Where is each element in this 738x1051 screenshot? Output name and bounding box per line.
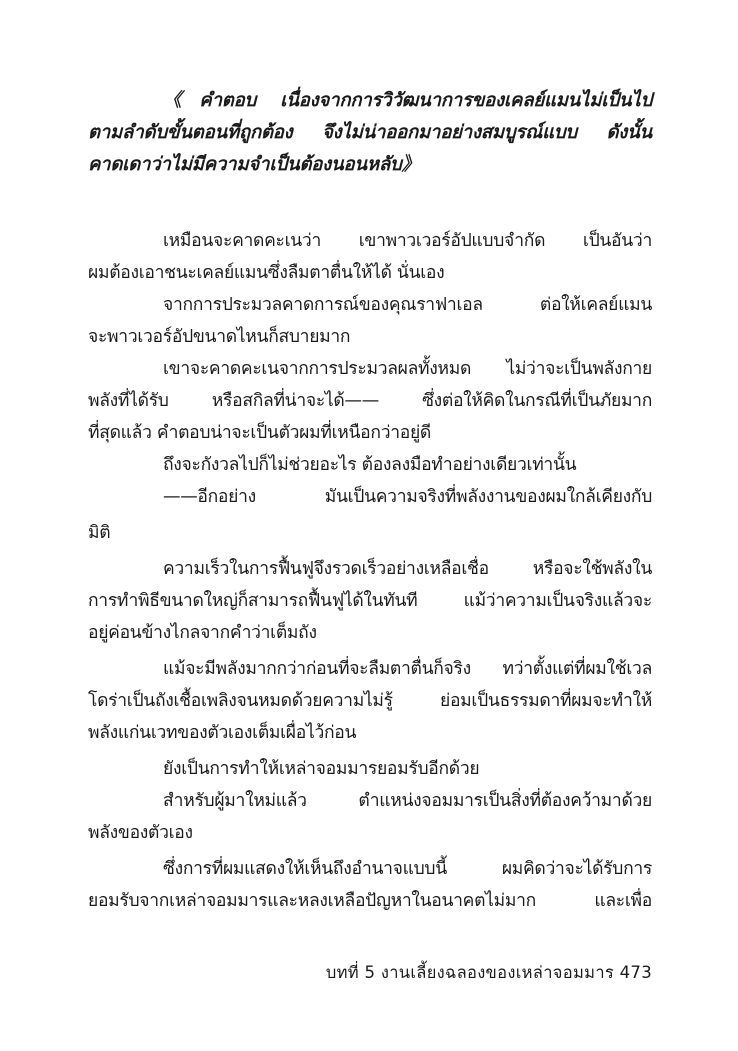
answer-line: 《คำตอบ เนื่องจากการวิวัฒนาการของเคลย์แมน… — [163, 86, 652, 116]
page-footer: บทที่ 5 งานเลี้ยงฉลองของเหล่าจอมมาร 473 — [326, 960, 652, 986]
body-line: จากการประมวลคาดการณ์ของคุณราฟาเอล ต่อให้… — [163, 290, 652, 320]
body-line: การทำพิธีขนาดใหญ่ก็สามารถฟื้นฟูได้ในทันท… — [88, 586, 652, 616]
page-number: 473 — [620, 963, 652, 982]
body-line: เขาจะคาดคะเนจากการประมวลผลทั้งหมด ไม่ว่า… — [163, 354, 652, 384]
body-line: สำหรับผู้มาใหม่แล้ว ตำแหน่งจอมมารเป็นสิ่… — [163, 786, 652, 816]
body-line: เหมือนจะคาดคะเนว่า เขาพาวเวอร์อัปแบบจำกั… — [163, 226, 652, 256]
answer-line: คาดเดาว่าไม่มีความจำเป็นต้องนอนหลับ》 — [88, 150, 420, 180]
body-line: ยอมรับจากเหล่าจอมมารและหลงเหลือปัญหาในอน… — [88, 886, 652, 916]
body-line: จะพาวเวอร์อัปขนาดไหนก็สบายมาก — [88, 322, 350, 352]
body-line: มิติ — [88, 518, 110, 548]
body-line: ที่สุดแล้ว คำตอบน่าจะเป็นตัวผมที่เหนือกว… — [88, 418, 431, 448]
body-line: โดร่าเป็นถังเชื้อเพลิงจนหมดด้วยความไม่รู… — [88, 686, 652, 716]
body-line: พลังแก่นเวทของตัวเองเต็มเผื่อไว้ก่อน — [88, 718, 356, 748]
body-line: พลังของตัวเอง — [88, 818, 193, 848]
body-line: ยังเป็นการทำให้เหล่าจอมมารยอมรับอีกด้วย — [163, 754, 479, 784]
body-line: แม้จะมีพลังมากกว่าก่อนที่จะลืมตาตื่นก็จร… — [163, 654, 652, 684]
body-line: ความเร็วในการฟื้นฟูจึงรวดเร็วอย่างเหลือเ… — [163, 554, 652, 584]
body-line: ——อีกอย่าง มันเป็นความจริงที่พลังงานของผ… — [163, 482, 652, 512]
body-line: ถึงจะกังวลไปก็ไม่ช่วยอะไร ต้องลงมือทำอย่… — [163, 450, 576, 480]
answer-line: ตามลำดับขั้นตอนที่ถูกต้อง จึงไม่น่าออกมา… — [88, 118, 652, 148]
body-line: อยู่ค่อนข้างไกลจากคำว่าเต็มถัง — [88, 618, 317, 648]
chapter-label: บทที่ 5 งานเลี้ยงฉลองของเหล่าจอมมาร — [326, 963, 614, 982]
body-line: พลังที่ได้รับ หรือสกิลที่น่าจะได้—— ซึ่ง… — [88, 386, 652, 416]
body-line: ผมต้องเอาชนะเคลย์แมนซึ่งลืมตาตื่นให้ได้ … — [88, 258, 444, 288]
body-line: ซึ่งการที่ผมแสดงให้เห็นถึงอำนาจแบบนี้ ผม… — [163, 854, 652, 884]
